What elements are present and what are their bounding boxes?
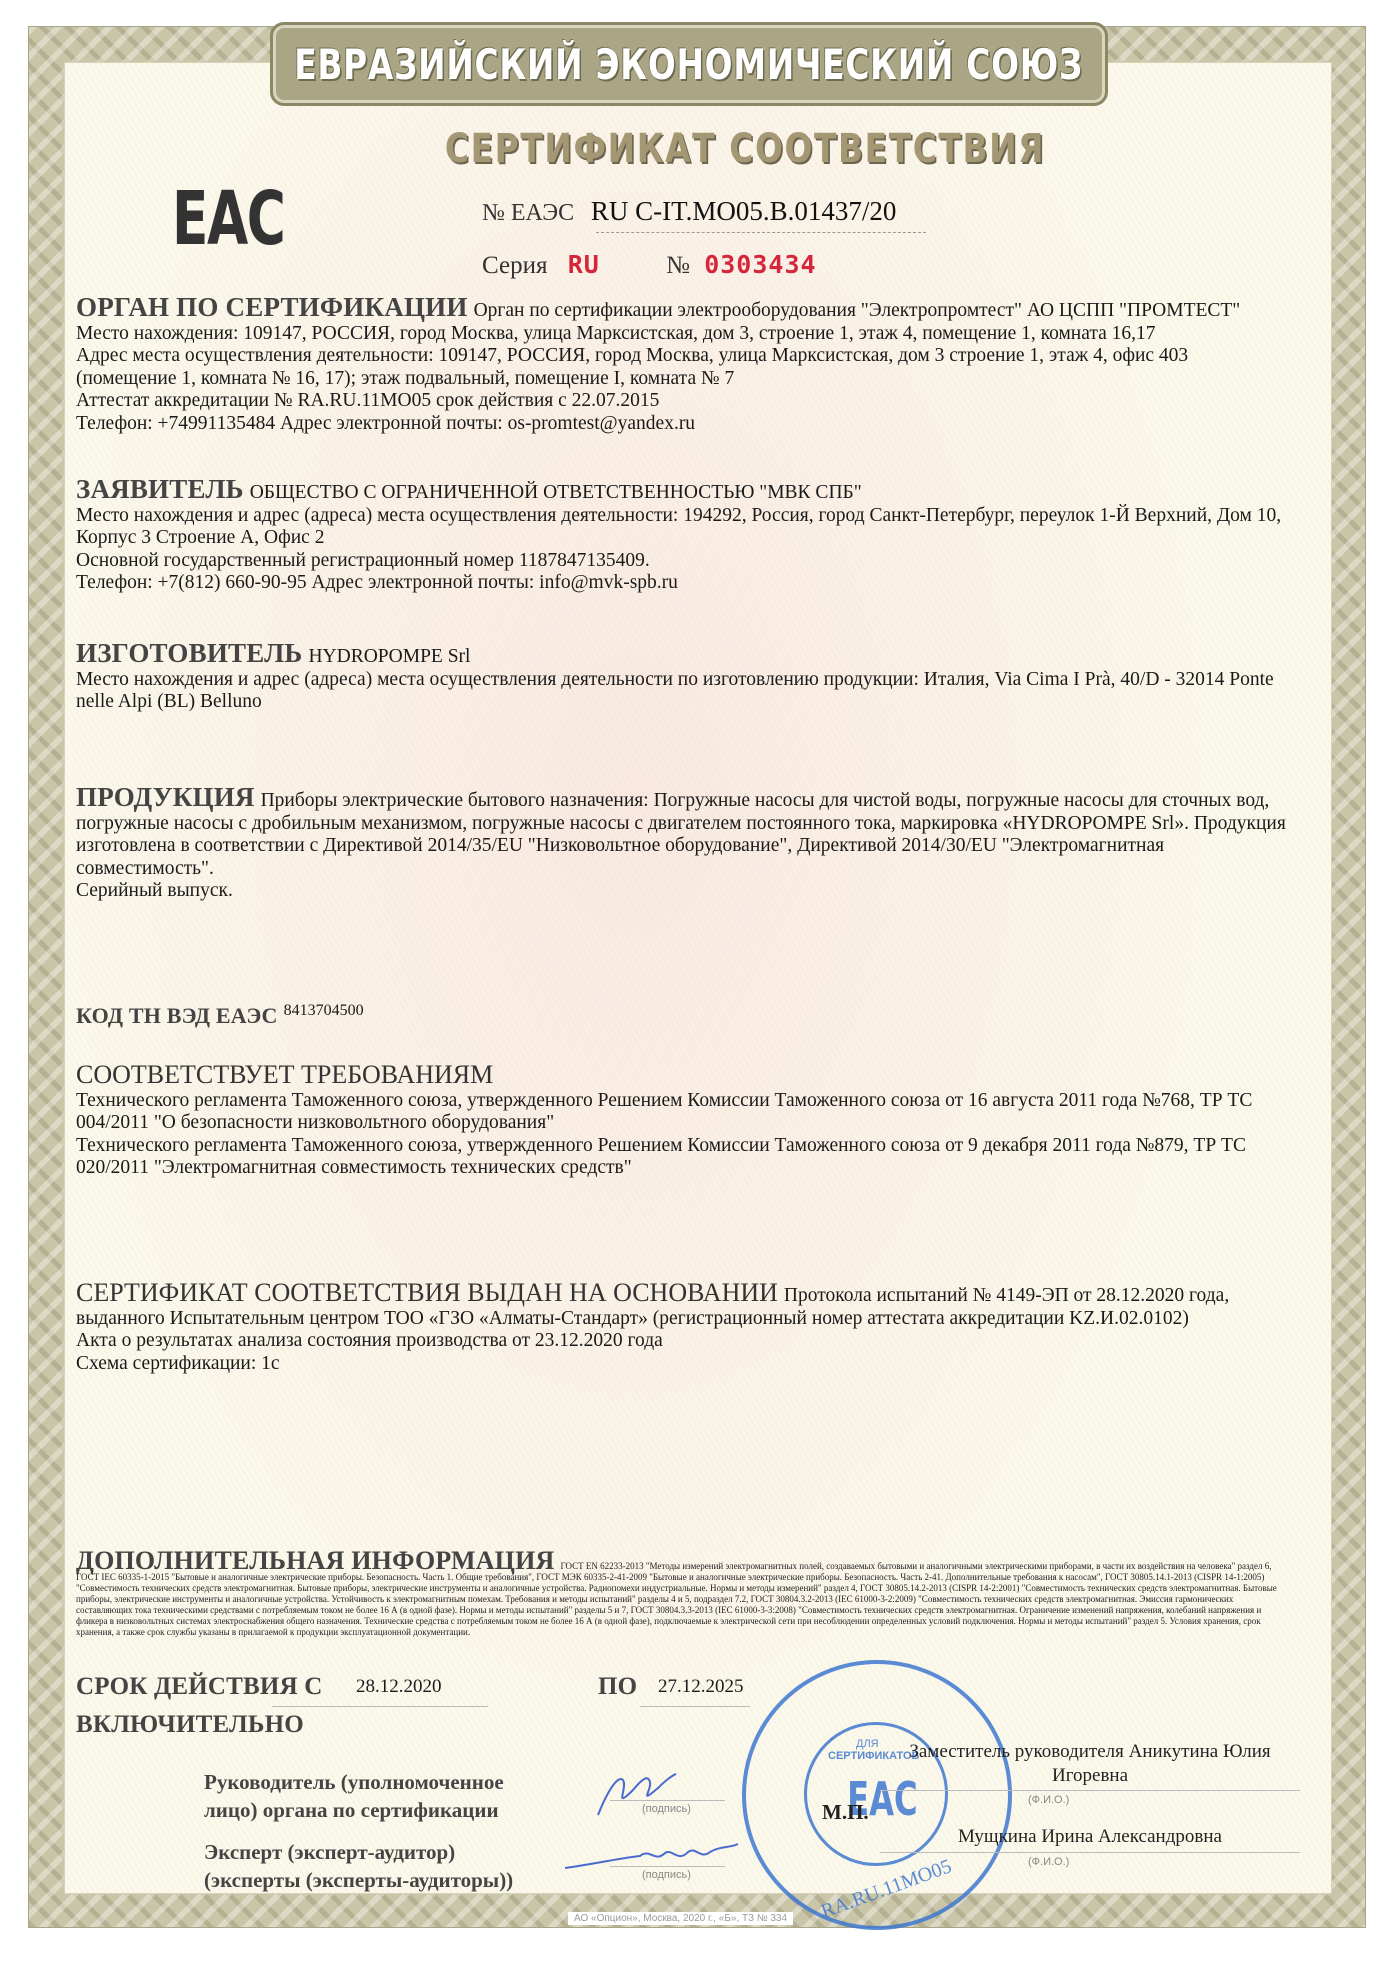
product-release: Серийный выпуск. xyxy=(76,880,1286,903)
tn-ved-code: 8413704500 xyxy=(284,1002,364,1019)
applicant-name: ОБЩЕСТВО С ОГРАНИЧЕННОЙ ОТВЕТСТВЕННОСТЬЮ… xyxy=(250,482,862,503)
applicant-heading: ЗАЯВИТЕЛЬ xyxy=(76,474,244,504)
series-value: RU xyxy=(568,250,600,279)
validity-inclusive: ВКЛЮЧИТЕЛЬНО xyxy=(76,1714,1286,1739)
basis-section: СЕРТИФИКАТ СООТВЕТСТВИЯ ВЫДАН НА ОСНОВАН… xyxy=(76,1282,1286,1375)
applicant-line: Основной государственный регистрационный… xyxy=(76,550,1286,573)
validity-from-underline xyxy=(272,1706,488,1707)
certificate-number-value: RU C-IT.МО05.В.01437/20 xyxy=(591,196,897,226)
expert-signature-icon xyxy=(560,1838,740,1878)
requirements-heading: СООТВЕТСТВУЕТ ТРЕБОВАНИЯМ xyxy=(76,1060,493,1089)
basis-line: Акта о результатах анализа состояния про… xyxy=(76,1330,1286,1353)
manufacturer-line: Место нахождения и адрес (адреса) места … xyxy=(76,669,1286,714)
certification-stamp: ДЛЯ СЕРТИФИКАТОВ ЕАС RA.RU.11МО05 xyxy=(742,1660,1012,1930)
eac-mark-icon: ЕАС xyxy=(172,176,284,262)
manufacturer-heading: ИЗГОТОВИТЕЛЬ xyxy=(76,638,302,668)
series-label: Серия xyxy=(482,252,547,279)
certification-body-name: Орган по сертификации электрооборудовани… xyxy=(474,300,1241,321)
applicant-section: ЗАЯВИТЕЛЬОБЩЕСТВО С ОГРАНИЧЕННОЙ ОТВЕТСТ… xyxy=(76,478,1286,595)
expert-name-line xyxy=(880,1852,1300,1853)
certificate-title: СЕРТИФИКАТ СООТВЕТСТВИЯ xyxy=(445,126,945,172)
manufacturer-section: ИЗГОТОВИТЕЛЬHYDROPOMPE Srl Место нахожде… xyxy=(76,642,1286,714)
head-signatory-name: Заместитель руководителя Аникутина Юлия … xyxy=(880,1740,1300,1788)
certification-body-heading: ОРГАН ПО СЕРТИФИКАЦИИ xyxy=(76,292,468,322)
head-name-line xyxy=(880,1790,1300,1791)
product-text: Приборы электрические бытового назначени… xyxy=(76,790,1286,879)
validity-from-label: СРОК ДЕЙСТВИЯ С xyxy=(76,1673,323,1700)
basis-line: Схема сертификации: 1с xyxy=(76,1353,1286,1376)
certificate-number-underline xyxy=(596,232,926,233)
expert-label: Эксперт (эксперт-аудитор) (эксперты (экс… xyxy=(204,1838,534,1894)
product-heading: ПРОДУКЦИЯ xyxy=(76,782,255,812)
certificate-number: № ЕАЭС RU C-IT.МО05.В.01437/20 xyxy=(482,196,896,227)
validity-from-date: 28.12.2020 xyxy=(356,1676,442,1699)
certificate-number-label: № ЕАЭС xyxy=(482,200,574,226)
head-signatory-label: Руководитель (уполномоченное лицо) орган… xyxy=(204,1768,534,1824)
validity-to-underline xyxy=(640,1706,750,1707)
requirements-section: СООТВЕТСТВУЕТ ТРЕБОВАНИЯМ Технического р… xyxy=(76,1064,1286,1180)
expert-name: Мущкина Ирина Александровна xyxy=(880,1826,1300,1848)
series-row: Серия RU № 0303434 xyxy=(482,250,817,280)
tn-ved-heading: КОД ТН ВЭД ЕАЭС xyxy=(76,1003,278,1028)
certification-body-line: Адрес места осуществления деятельности: … xyxy=(76,345,1286,390)
blank-number: 0303434 xyxy=(704,250,816,279)
stamp-text-top: ДЛЯ xyxy=(856,1738,879,1750)
validity-to-date: 27.12.2025 xyxy=(658,1676,744,1699)
product-section: ПРОДУКЦИЯПриборы электрические бытового … xyxy=(76,786,1286,903)
union-banner-text: ЕВРАЗИЙСКИЙ ЭКОНОМИЧЕСКИЙ СОЮЗ xyxy=(295,40,1084,89)
printer-imprint: АО «Опцион», Москва, 2020 г., «Б», ТЗ № … xyxy=(568,1912,793,1925)
certification-body-line: Телефон: +74991135484 Адрес электронной … xyxy=(76,413,1286,436)
stamp-accreditation: RA.RU.11МО05 xyxy=(818,1855,955,1923)
additional-info-section: ДОПОЛНИТЕЛЬНАЯ ИНФОРМАЦИЯГОСТ EN 62233-2… xyxy=(76,1552,1286,1638)
additional-info-text: ГОСТ EN 62233-2013 "Методы измерений эле… xyxy=(76,1561,1277,1637)
applicant-line: Телефон: +7(812) 660-90-95 Адрес электро… xyxy=(76,572,1286,595)
additional-info-heading: ДОПОЛНИТЕЛЬНАЯ ИНФОРМАЦИЯ xyxy=(76,1546,555,1575)
requirements-line: Технического регламента Таможенного союз… xyxy=(76,1135,1286,1180)
basis-heading: СЕРТИФИКАТ СООТВЕТСТВИЯ ВЫДАН НА ОСНОВАН… xyxy=(76,1278,778,1307)
head-name-caption: (Ф.И.О.) xyxy=(1028,1794,1069,1806)
stamp-place-mark: М.П. xyxy=(822,1800,869,1825)
blank-number-label: № xyxy=(666,252,690,279)
validity-to-label: ПО xyxy=(598,1676,637,1699)
certification-body-line: Аттестат аккредитации № RA.RU.11МО05 сро… xyxy=(76,390,1286,413)
manufacturer-name: HYDROPOMPE Srl xyxy=(308,646,470,667)
head-signature-icon xyxy=(588,1770,678,1820)
validity-inclusive-label: ВКЛЮЧИТЕЛЬНО xyxy=(76,1711,304,1738)
union-banner: ЕВРАЗИЙСКИЙ ЭКОНОМИЧЕСКИЙ СОЮЗ xyxy=(270,22,1108,106)
certification-body-line: Место нахождения: 109147, РОССИЯ, город … xyxy=(76,323,1286,346)
expert-name-caption: (Ф.И.О.) xyxy=(1028,1856,1069,1868)
tn-ved-section: КОД ТН ВЭД ЕАЭС8413704500 xyxy=(76,1000,1286,1029)
requirements-line: Технического регламента Таможенного союз… xyxy=(76,1090,1286,1135)
applicant-line: Место нахождения и адрес (адреса) места … xyxy=(76,505,1286,550)
certification-body-section: ОРГАН ПО СЕРТИФИКАЦИИОрган по сертификац… xyxy=(76,296,1286,435)
